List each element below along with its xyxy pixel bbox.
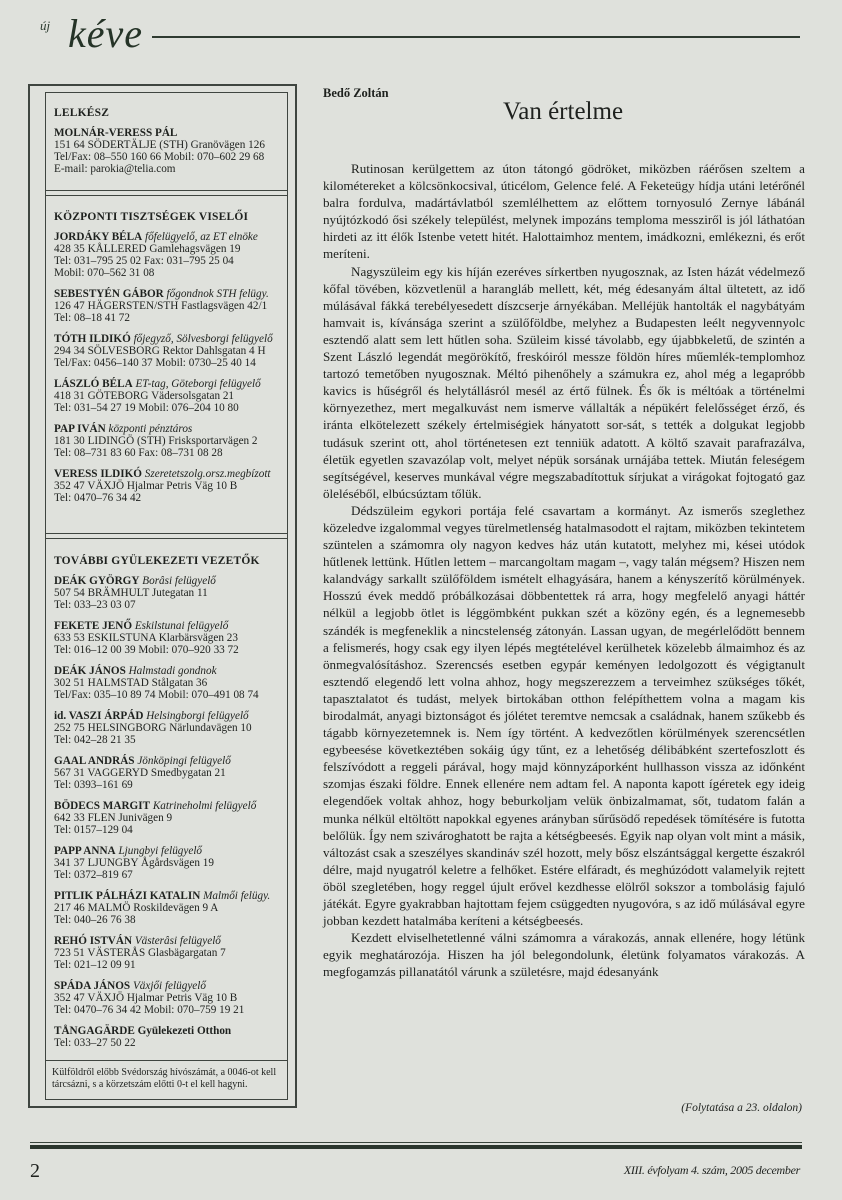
page-number: 2 [30,1160,40,1183]
contact-address: 352 47 VÄXJÖ Hjalmar Petris Väg 10 B [54,480,237,492]
contacts-box: LELKÉSZ MOLNÁR-VERESS PÁL 151 64 SÖDERTÄ… [28,84,297,1108]
contact-name: TÅNGAGÄRDE Gyülekezeti Otthon [54,1025,231,1037]
section-pastor: LELKÉSZ MOLNÁR-VERESS PÁL 151 64 SÖDERTÄ… [46,93,287,184]
contact-address: 294 34 SÖLVESBORG Rektor Dahlsgatan 4 H [54,345,266,357]
section-title: KÖZPONTI TISZTSÉGEK VISELŐI [54,211,279,223]
contact-role: központi pénztáros [108,423,192,435]
contact-entry: PITLIK PÁLHÁZI KATALIN Malmői felügy. 21… [54,890,279,926]
contact-name: PITLIK PÁLHÁZI KATALIN [54,890,200,902]
contact-address: 642 33 FLEN Junivägen 9 [54,812,172,824]
contact-entry: MOLNÁR-VERESS PÁL 151 64 SÖDERTÄLJE (STH… [54,127,279,175]
contact-role: főgondnok STH felügy. [167,288,269,300]
contact-phone: Tel: 016–12 00 39 Mobil: 070–920 33 72 [54,644,239,656]
contact-phone: Tel: 033–27 50 22 [54,1037,136,1049]
contact-role: Jönköpingi felügyelő [137,755,231,767]
contact-role: Eskilstunai felügyelő [135,620,229,632]
section-divider [46,533,287,539]
contact-name: JORDÁKY BÉLA [54,231,142,243]
section-title: TOVÁBBI GYÜLEKEZETI VEZETŐK [54,555,279,567]
contact-address: 352 47 VÄXJÖ Hjalmar Petris Väg 10 B [54,992,237,1004]
issue-info: XIII. évfolyam 4. szám, 2005 december [624,1163,800,1178]
contact-address: 181 30 LIDINGÖ (STH) Frisksportarvägen 2 [54,435,258,447]
contact-entry: FEKETE JENŐ Eskilstunai felügyelő 633 53… [54,620,279,656]
contact-entry: GAAL ANDRÁS Jönköpingi felügyelő 567 31 … [54,755,279,791]
article-paragraph: Dédszüleim egykori portája felé csavarta… [323,502,805,929]
contact-entry: SEBESTYÉN GÁBOR főgondnok STH felügy. 12… [54,288,279,324]
contact-role: Borâsi felügyelő [142,575,216,587]
contact-phone: Tel: 08–731 83 60 Fax: 08–731 08 28 [54,447,223,459]
contact-entry: JORDÁKY BÉLA főfelügyelő, az ET elnöke 4… [54,231,279,279]
contact-entry: BÖDECS MARGIT Katrineholmi felügyelő 642… [54,800,279,836]
contact-address: 252 75 HELSINGBORG Närlundavägen 10 [54,722,252,734]
section-title: LELKÉSZ [54,107,279,119]
footer-rule-thick [30,1145,802,1149]
contact-role: Växjői felügyelő [133,980,206,992]
contact-address: 633 53 ESKILSTUNA Klarbärsvägen 23 [54,632,238,644]
contact-entry: DEÁK JÁNOS Halmstadi gondnok 302 51 HALM… [54,665,279,701]
contact-entry: SPÁDA JÁNOS Växjői felügyelő 352 47 VÄXJ… [54,980,279,1016]
contact-phone: Tel: 0157–129 04 [54,824,133,836]
article-title: Van értelme [323,98,803,126]
section-local-leaders: TOVÁBBI GYÜLEKEZETI VEZETŐK DEÁK GYÖRGY … [46,541,287,1058]
contact-name: SPÁDA JÁNOS [54,980,130,992]
footer-rule-thin [30,1142,802,1143]
contact-name: LÁSZLÓ BÉLA [54,378,133,390]
contact-address: 723 51 VÄSTERÅS Glasbägargatan 7 [54,947,226,959]
contact-role: főjegyző, Sölvesborgi felügyelő [134,333,273,345]
contact-name: TÓTH ILDIKÓ [54,333,131,345]
dialing-note: Külföldről előbb Svédország hívószámát, … [46,1063,287,1095]
contact-email[interactable]: E-mail: parokia@telia.com [54,163,176,175]
contact-phone: Tel: 0470–76 34 42 [54,492,141,504]
contact-phone: Tel: 0470–76 34 42 Mobil: 070–759 19 21 [54,1004,244,1016]
contact-entry: TÅNGAGÄRDE Gyülekezeti Otthon Tel: 033–2… [54,1025,279,1049]
contact-phone: Tel: 040–26 76 38 [54,914,136,926]
contact-role: Malmői felügy. [203,890,270,902]
contact-name: PAPP ANNA [54,845,116,857]
contact-role: Ljungbyi felügyelő [118,845,202,857]
contact-phone: Tel: 0393–161 69 [54,779,133,791]
contact-entry: id. VASZI ÁRPÁD Helsingborgi felügyelő 2… [54,710,279,746]
contact-address: 428 35 KÅLLERED Gamlehagsvägen 19 [54,243,240,255]
contact-address: 126 47 HÄGERSTEN/STH Fastlagsvägen 42/1 [54,300,267,312]
contact-mobile: Mobil: 070–562 31 08 [54,267,154,279]
contact-name: REHÓ ISTVÁN [54,935,132,947]
contact-name: DEÁK GYÖRGY [54,575,139,587]
contact-entry: LÁSZLÓ BÉLA ET-tag, Göteborgi felügyelő … [54,378,279,414]
contact-phone: Tel/Fax: 035–10 89 74 Mobil: 070–491 08 … [54,689,259,701]
contact-phone: Tel/Fax: 08–550 160 66 Mobil: 070–602 29… [54,151,264,163]
contact-address: 341 37 LJUNGBY Ågårdsvägen 19 [54,857,214,869]
contact-name: PAP IVÁN [54,423,106,435]
contact-phone: Tel: 08–18 41 72 [54,312,130,324]
contact-role: Västerâsi felügyelő [135,935,221,947]
contact-name: VERESS ILDIKÓ [54,468,142,480]
masthead-prefix: új [40,18,50,34]
contact-address: 217 46 MALMÖ Roskildevägen 9 A [54,902,218,914]
article-paragraph: Nagyszüleim egy kis híján ezeréves sírke… [323,263,805,502]
contact-role: ET-tag, Göteborgi felügyelő [135,378,260,390]
contact-entry: TÓTH ILDIKÓ főjegyző, Sölvesborgi felügy… [54,333,279,369]
continued-note: (Folytatása a 23. oldalon) [681,1102,802,1114]
section-central-officers: KÖZPONTI TISZTSÉGEK VISELŐI JORDÁKY BÉLA… [46,197,287,513]
contact-name: FEKETE JENŐ [54,620,132,632]
contact-role: Halmstadi gondnok [129,665,217,677]
footer-rule [30,1142,802,1149]
contact-entry: PAPP ANNA Ljungbyi felügyelő 341 37 LJUN… [54,845,279,881]
contact-name: DEÁK JÁNOS [54,665,126,677]
contact-name: id. VASZI ÁRPÁD [54,710,143,722]
contact-name: MOLNÁR-VERESS PÁL [54,127,177,139]
contact-address: 567 31 VAGGERYD Smedbygatan 21 [54,767,226,779]
contact-phone: Tel: 021–12 09 91 [54,959,136,971]
contact-name: SEBESTYÉN GÁBOR [54,288,164,300]
contact-address: 302 51 HALMSTAD Stålgatan 36 [54,677,207,689]
article-paragraph: Rutinosan kerülgettem az úton tátongó gö… [323,160,805,263]
masthead-rule [152,36,800,38]
contact-entry: REHÓ ISTVÁN Västerâsi felügyelő 723 51 V… [54,935,279,971]
contact-name: GAAL ANDRÁS [54,755,135,767]
masthead: új kéve [40,14,800,54]
contact-phone: Tel: 033–23 03 07 [54,599,136,611]
contact-address: 418 31 GÖTEBORG Vädersolsgatan 21 [54,390,234,402]
contact-phone: Tel: 031–795 25 02 Fax: 031–795 25 04 [54,255,234,267]
article-paragraph: Kezdett elviselhetetlenné válni számomra… [323,929,805,980]
contact-role: Szeretetszolg.orsz.megbízott [145,468,271,480]
contact-role: Katrineholmi felügyelő [153,800,256,812]
contact-entry: PAP IVÁN központi pénztáros 181 30 LIDIN… [54,423,279,459]
masthead-logo: kéve [68,14,143,54]
contact-entry: VERESS ILDIKÓ Szeretetszolg.orsz.megbízo… [54,468,279,504]
contact-role: főfelügyelő, az ET elnöke [145,231,258,243]
note-divider [46,1060,287,1061]
article-body: Rutinosan kerülgettem az úton tátongó gö… [323,160,805,981]
section-divider [46,190,287,196]
contacts-box-inner: LELKÉSZ MOLNÁR-VERESS PÁL 151 64 SÖDERTÄ… [45,92,288,1100]
contact-phone: Tel: 042–28 21 35 [54,734,136,746]
contact-phone: Tel: 0372–819 67 [54,869,133,881]
contact-entry: DEÁK GYÖRGY Borâsi felügyelő 507 54 BRÄM… [54,575,279,611]
contact-name: BÖDECS MARGIT [54,800,150,812]
contact-role: Helsingborgi felügyelő [146,710,248,722]
contact-address: 507 54 BRÄMHULT Jutegatan 11 [54,587,208,599]
contact-phone: Tel/Fax: 0456–140 37 Mobil: 0730–25 40 1… [54,357,256,369]
contact-address: 151 64 SÖDERTÄLJE (STH) Granövägen 126 [54,139,265,151]
contact-phone: Tel: 031–54 27 19 Mobil: 076–204 10 80 [54,402,239,414]
